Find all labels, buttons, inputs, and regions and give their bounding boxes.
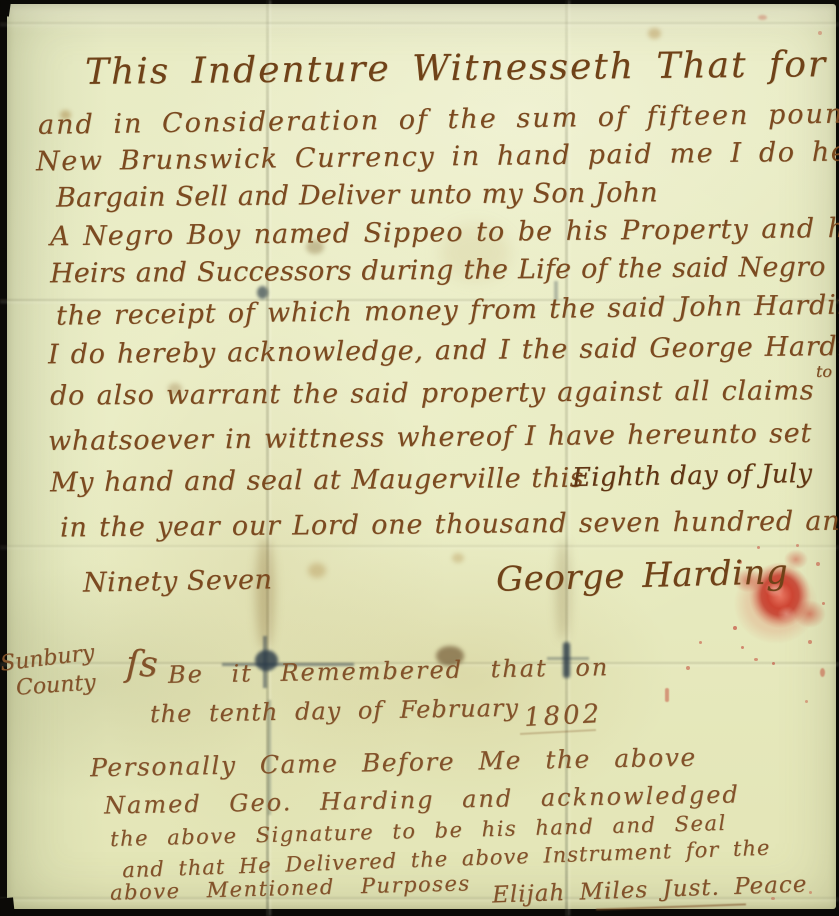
seal-speckle: [808, 640, 812, 644]
seal-speckle: [816, 562, 820, 566]
fold-crease-horizontal: [0, 545, 839, 547]
deed-opening-line: This Indenture Witnesseth That for: [85, 44, 828, 93]
deed-closing-line: Ninety Seven: [83, 564, 273, 598]
seal-speckle: [757, 546, 760, 549]
paper-edge-notch: [0, 248, 6, 262]
red-speckle: [665, 688, 669, 702]
scanned-document: This Indenture Witnesseth That for and i…: [0, 0, 839, 916]
foxing-spot: [308, 563, 326, 578]
red-speckle: [809, 891, 812, 894]
deed-line: do also warrant the said property agains…: [50, 375, 815, 411]
year-notation: 1802: [523, 699, 603, 733]
paper-edge-notch: [0, 897, 15, 916]
red-speckle: [686, 666, 690, 670]
seal-speckle: [772, 662, 775, 665]
ss-mark: ſs: [125, 643, 158, 685]
foxing-spot: [648, 28, 661, 39]
fold-crease-vertical: [565, 0, 568, 916]
seal-speckle: [796, 544, 799, 547]
red-speckle: [820, 668, 825, 677]
red-speckle: [818, 31, 822, 35]
seal-speckle: [822, 602, 825, 605]
superscript-to: to: [816, 362, 832, 381]
red-speckle: [699, 641, 702, 644]
fold-crease-horizontal: [0, 22, 839, 24]
foxing-spot: [452, 553, 464, 563]
grantor-signature: George Harding: [496, 552, 789, 600]
inserted-date-phrase: Eighth day of July: [572, 459, 813, 493]
deed-line: My hand and seal at Maugerville this: [50, 463, 584, 499]
red-speckle: [758, 15, 767, 20]
seal-speckle: [741, 646, 744, 649]
seal-speckle: [733, 626, 737, 630]
seal-speckle: [754, 658, 758, 661]
deed-line: Bargain Sell and Deliver unto my Son Joh…: [56, 177, 658, 213]
red-speckle: [805, 700, 808, 703]
